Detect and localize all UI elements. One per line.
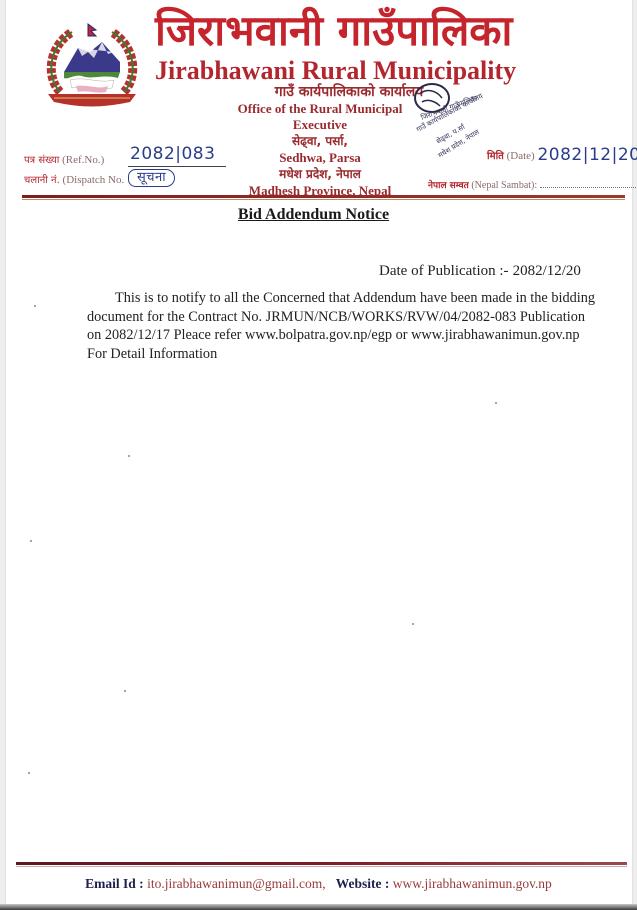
footer-divider [16, 862, 627, 867]
scan-speck [30, 540, 32, 542]
dispatch-number-value: सूचना [128, 169, 175, 187]
samvat-label-devanagari: नेपाल सम्वत [428, 181, 469, 191]
notice-body-line: For Detail Information [87, 345, 577, 364]
date-block: मिति (Date) 2082|12|20 [487, 144, 637, 164]
notice-body: This is to notify to all the Concerned t… [87, 289, 577, 363]
date-value: 2082|12|20 [537, 145, 637, 165]
municipality-name-devanagari: जिराभवानी गाउँपालिका [155, 6, 535, 56]
official-seal-stamp: जिराभवानी गाउँपालिका गाउँ कार्यपालिकाको … [396, 72, 496, 172]
ref-number-row: पत्र संख्या (Ref.No.) 2082|083 [24, 152, 124, 172]
reference-block: पत्र संख्या (Ref.No.) 2082|083 चलानी नं.… [24, 152, 124, 192]
publication-date-label: Date of Publication :- [379, 263, 509, 279]
scan-speck [28, 772, 30, 774]
samvat-label-english: (Nepal Sambat): [471, 180, 537, 191]
dispatch-number-row: चलानी नं. (Dispatch No. सूचना [24, 172, 124, 192]
notice-body-line: This is to notify to all the Concerned t… [87, 289, 577, 308]
scan-speck [128, 455, 130, 457]
ref-underline [128, 166, 226, 167]
notice-body-line: document for the Contract No. JRMUN/NCB/… [87, 308, 577, 327]
nepal-emblem-icon [42, 22, 142, 108]
ref-number-value: 2082|083 [130, 144, 215, 164]
email-label: Email Id : [85, 876, 144, 891]
samvat-blank-line [540, 179, 637, 188]
website-label: Website : [336, 876, 390, 891]
notice-body-line: on 2082/12/17 Pleace refer www.bolpatra.… [87, 326, 577, 345]
scan-speck [34, 305, 36, 307]
date-label-english: (Date) [507, 150, 535, 162]
email-value[interactable]: ito.jirabhawanimun@gmail.com, [147, 876, 326, 891]
nepal-sambat-row: नेपाल सम्वत (Nepal Sambat): [428, 178, 637, 191]
page-bottom-edge [0, 904, 637, 910]
website-value[interactable]: www.jirabhawanimun.gov.np [393, 876, 552, 891]
notice-title: Bid Addendum Notice [0, 206, 637, 224]
ref-label-devanagari: पत्र संख्या [24, 155, 59, 166]
ref-label-english: (Ref.No.) [62, 154, 104, 166]
publication-date-value: 2082/12/20 [513, 263, 581, 279]
footer-contact: Email Id : ito.jirabhawanimun@gmail.com,… [0, 876, 637, 892]
scan-speck [495, 402, 497, 404]
publication-date: Date of Publication :-2082/12/20 [375, 263, 581, 280]
scan-speck [124, 690, 126, 692]
dispatch-label-devanagari: चलानी नं. [24, 175, 60, 186]
date-label-devanagari: मिति [487, 151, 504, 162]
header-divider [22, 195, 625, 201]
scan-speck [412, 623, 414, 625]
dispatch-label-english: (Dispatch No. [63, 174, 125, 186]
